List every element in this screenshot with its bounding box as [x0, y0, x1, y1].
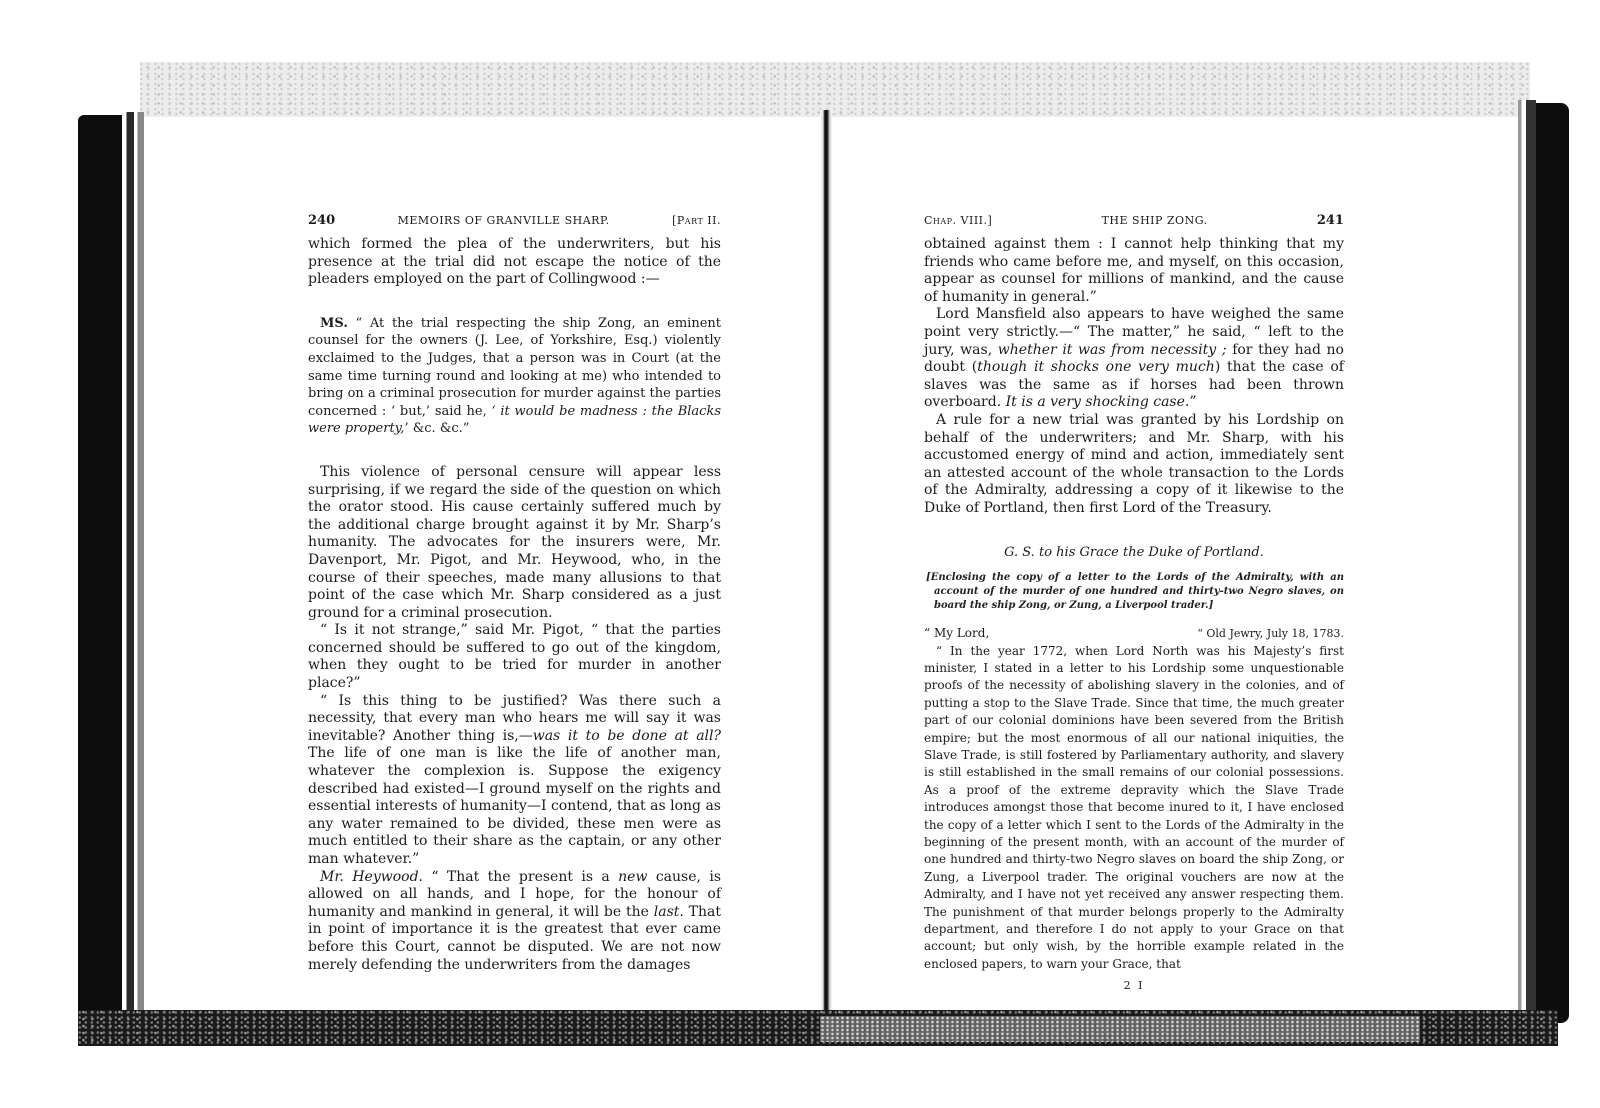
paragraph: This violence of personal censure will a… — [308, 464, 721, 622]
part-label: [Part II. — [672, 212, 721, 230]
book-gutter — [820, 110, 832, 1020]
running-title: MEMOIRS OF GRANVILLE SHARP. — [398, 212, 610, 230]
right-running-head: Chap. VIII.] THE SHIP ZONG. 241 — [924, 212, 1344, 226]
right-cover — [1535, 103, 1569, 1023]
book-bottom-edge-light — [820, 1016, 1420, 1042]
left-page-stack — [122, 112, 144, 1017]
salutation: “ My Lord, — [924, 625, 989, 642]
paragraph: Lord Mansfield also appears to have weig… — [924, 306, 1344, 412]
paragraph: which formed the plea of the underwriter… — [308, 236, 721, 289]
right-page-text: Chap. VIII.] THE SHIP ZONG. 241 obtained… — [924, 212, 1344, 995]
manuscript-mark: MS. — [320, 316, 348, 331]
speaker: Mr. Heywood. — [320, 869, 423, 885]
letter-enclosure-note: [Enclosing the copy of a letter to the L… — [924, 571, 1344, 613]
letter-salutation-row: “ My Lord, “ Old Jewry, July 18, 1783. — [924, 625, 1344, 642]
book-top-edge — [140, 62, 1530, 119]
letter-heading: G. S. to his Grace the Duke of Portland. — [924, 544, 1344, 562]
paragraph: Mr. Heywood. “ That the present is a new… — [308, 869, 721, 975]
paragraph: A rule for a new trial was granted by hi… — [924, 412, 1344, 518]
signature-mark: 2 I — [924, 977, 1344, 995]
manuscript-quote: MS. “ At the trial respecting the ship Z… — [308, 315, 721, 438]
left-running-head: 240 MEMOIRS OF GRANVILLE SHARP. [Part II… — [308, 212, 721, 226]
page-number: 240 — [308, 212, 335, 230]
chapter-label: Chap. VIII.] — [924, 212, 992, 230]
right-page-stack — [1518, 100, 1536, 1020]
running-title: THE SHIP ZONG. — [1102, 212, 1208, 230]
page-number: 241 — [1317, 212, 1344, 230]
dateline: “ Old Jewry, July 18, 1783. — [1197, 625, 1344, 642]
left-page-text: 240 MEMOIRS OF GRANVILLE SHARP. [Part II… — [308, 212, 721, 974]
paragraph: obtained against them : I cannot help th… — [924, 236, 1344, 306]
paragraph: “ Is it not strange,” said Mr. Pigot, “ … — [308, 622, 721, 692]
letter: “ My Lord, “ Old Jewry, July 18, 1783. “… — [924, 625, 1344, 973]
letter-body: “ In the year 1772, when Lord North was … — [924, 643, 1344, 974]
paragraph: “ Is this thing to be justified? Was the… — [308, 693, 721, 869]
